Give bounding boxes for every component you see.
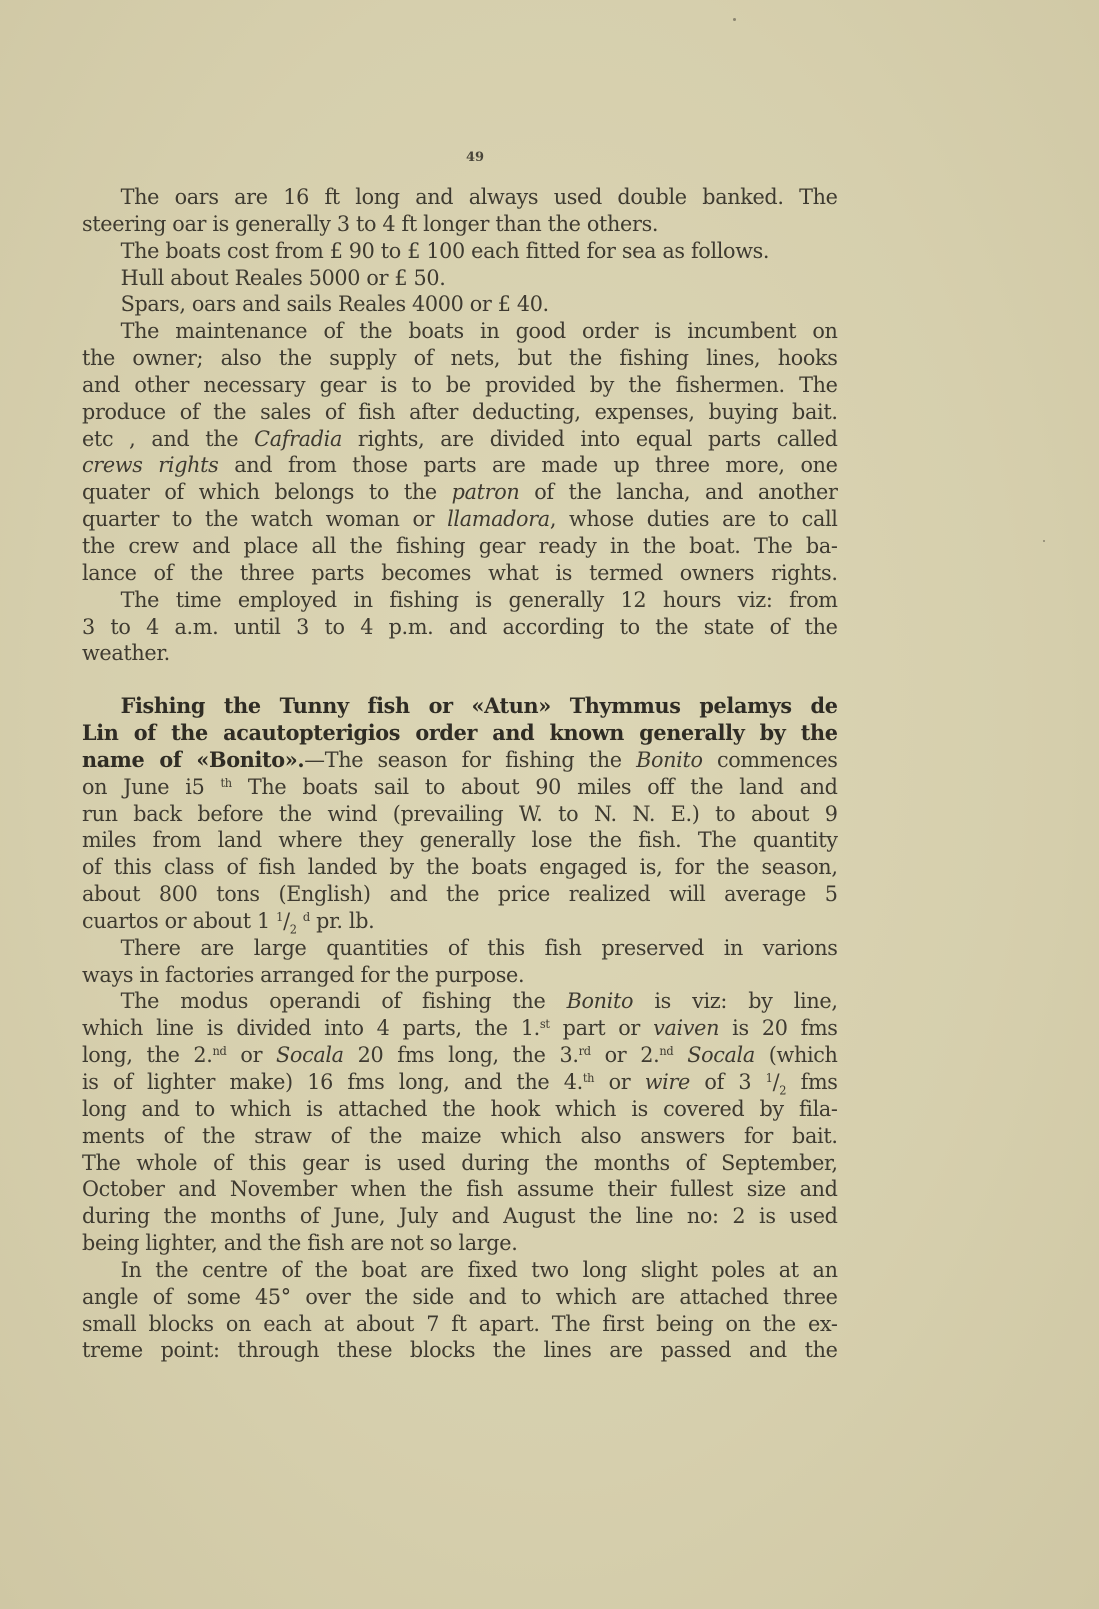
text-run: on June i5	[82, 775, 204, 800]
section-gap	[82, 668, 838, 694]
text-line: The maintenance of the boats in good ord…	[82, 319, 838, 346]
text-run: part or	[550, 1016, 653, 1041]
italic-term: crews rights	[82, 453, 218, 478]
text-line: of this class of fish landed by the boat…	[82, 855, 838, 882]
section-bonito: Fishing the Tunny fish or «Atun» Thymmus…	[82, 694, 838, 936]
text-run: is viz: by line,	[633, 989, 837, 1014]
text-line: weather.	[82, 641, 838, 668]
section-heading: name of «Bonito».	[82, 748, 304, 773]
fraction-denominator: 2	[779, 1083, 786, 1097]
text-run: or 2.	[591, 1043, 660, 1068]
paragraph-maintenance: The maintenance of the boats in good ord…	[82, 319, 838, 587]
text-run: is 20 fms	[719, 1016, 837, 1041]
text-line: run back before the wind (prevailing W. …	[82, 802, 838, 829]
text-line: being lighter, and the fish are not so l…	[82, 1231, 838, 1258]
paragraph-oars: The oars are 16 ft long and always used …	[82, 185, 838, 239]
text-line: The oars are 16 ft long and always used …	[82, 185, 838, 212]
italic-term: wire	[645, 1070, 690, 1095]
text-line: small blocks on each at about 7 ft apart…	[82, 1312, 838, 1339]
text-line: which line is divided into 4 parts, the …	[82, 1016, 838, 1043]
text-line: and other necessary gear is to be provid…	[82, 373, 838, 400]
text-line: is of lighter make) 16 fms long, and the…	[82, 1070, 838, 1097]
text-line: the owner; also the supply of nets, but …	[82, 346, 838, 373]
text-run: etc , and the	[82, 427, 254, 452]
section-heading-line: Fishing the Tunny fish or «Atun» Thymmus…	[82, 694, 838, 721]
text-run: , whose duties are to call	[550, 507, 838, 532]
text-run: of the lancha, and another	[519, 480, 837, 505]
text-line: quater of which belongs to the patron of…	[82, 480, 838, 507]
text-line: The boats cost from £ 90 to £ 100 each f…	[82, 239, 838, 266]
text-line: The whole of this gear is used during th…	[82, 1151, 838, 1178]
text-run: cuartos or about 1	[82, 909, 270, 934]
text-line: name of «Bonito».—The season for fishing…	[82, 748, 838, 775]
ordinal-suffix: rd	[579, 1044, 591, 1058]
text-line: treme point: through these blocks the li…	[82, 1338, 838, 1365]
text-line: long and to which is attached the hook w…	[82, 1097, 838, 1124]
text-run: (which	[755, 1043, 838, 1068]
fraction-numerator: 1	[276, 910, 283, 924]
text-run: quarter to the watch woman or	[82, 507, 447, 532]
italic-term: llamadora	[447, 507, 550, 532]
text-run: —The season for fishing the	[304, 748, 636, 773]
text-run: The modus operandi of fishing the	[121, 989, 567, 1014]
italic-term: Bonito	[567, 989, 634, 1014]
text-run: The boats sail to about 90 miles off the…	[232, 775, 838, 800]
text-line: 3 to 4 a.m. until 3 to 4 p.m. and accord…	[82, 615, 838, 642]
text-line: on June i5 th The boats sail to about 90…	[82, 775, 838, 802]
text-run: quater of which belongs to the	[82, 480, 452, 505]
text-line: about 800 tons (English) and the price r…	[82, 882, 838, 909]
paragraph-preserved: There are large quantities of this fish …	[82, 936, 838, 990]
text-run: fms	[786, 1070, 837, 1095]
text-line: ments of the straw of the maize which al…	[82, 1124, 838, 1151]
ordinal-suffix: st	[540, 1017, 550, 1031]
text-line: long, the 2.nd or Socala 20 fms long, th…	[82, 1043, 838, 1070]
text-run	[673, 1043, 687, 1068]
document-body: The oars are 16 ft long and always used …	[82, 185, 838, 1365]
text-line: The time employed in fishing is generall…	[82, 588, 838, 615]
section-heading: Fishing the Tunny fish or «Atun» Thymmus…	[121, 694, 838, 719]
text-run: which line is divided into 4 parts, the …	[82, 1016, 540, 1041]
text-line: Spars, oars and sails Reales 4000 or £ 4…	[82, 292, 838, 319]
text-line: etc , and the Cafradia rights, are divid…	[82, 427, 838, 454]
text-run: 20 fms long, the 3.	[344, 1043, 579, 1068]
ordinal-suffix: th	[221, 776, 232, 790]
section-heading-line: Lin of the acautopterigios order and kno…	[82, 721, 838, 748]
text-line: produce of the sales of fish after deduc…	[82, 400, 838, 427]
text-run: rights, are divided into equal parts cal…	[342, 427, 838, 452]
section-heading: Lin of the acautopterigios order and kno…	[82, 721, 838, 746]
text-line: ways in factories arranged for the purpo…	[82, 963, 838, 990]
text-run: or	[594, 1070, 645, 1095]
page-number: 49	[0, 150, 950, 165]
text-run: or	[227, 1043, 277, 1068]
italic-term: Bonito	[636, 748, 703, 773]
paragraph-poles: In the centre of the boat are fixed two …	[82, 1258, 838, 1365]
text-run: commences	[703, 748, 838, 773]
paragraph-modus-operandi: The modus operandi of fishing the Bonito…	[82, 989, 838, 1257]
text-line: angle of some 45° over the side and to w…	[82, 1285, 838, 1312]
italic-term: Socala	[276, 1043, 344, 1068]
text-line: The modus operandi of fishing the Bonito…	[82, 989, 838, 1016]
text-line: quarter to the watch woman or llamadora,…	[82, 507, 838, 534]
text-run: of 3	[690, 1070, 766, 1095]
paper-speck	[733, 18, 736, 21]
paper-speck	[1043, 540, 1045, 542]
italic-term: vaiven	[653, 1016, 719, 1041]
text-run: pr. lb.	[310, 909, 375, 934]
text-line: crews rights and from those parts are ma…	[82, 453, 838, 480]
text-line: steering oar is generally 3 to 4 ft long…	[82, 212, 838, 239]
text-run: long, the 2.	[82, 1043, 213, 1068]
text-line: lance of the three parts becomes what is…	[82, 561, 838, 588]
italic-term: patron	[452, 480, 520, 505]
text-run: and from those parts are made up three m…	[218, 453, 837, 478]
text-line: cuartos or about 1 1/2 d pr. lb.	[82, 909, 838, 936]
text-line: In the centre of the boat are fixed two …	[82, 1258, 838, 1285]
text-run: is of lighter make) 16 fms long, and the…	[82, 1070, 583, 1095]
fraction-denominator: 2	[290, 922, 297, 936]
ordinal-suffix: th	[583, 1071, 594, 1085]
paragraph-spars: Spars, oars and sails Reales 4000 or £ 4…	[82, 292, 838, 319]
text-line: There are large quantities of this fish …	[82, 936, 838, 963]
ordinal-suffix: nd	[659, 1044, 673, 1058]
text-line: the crew and place all the fishing gear …	[82, 534, 838, 561]
italic-term: Cafradia	[254, 427, 342, 452]
fraction-numerator: 1	[766, 1071, 773, 1085]
text-line: October and November when the fish assum…	[82, 1177, 838, 1204]
italic-term: Socala	[687, 1043, 755, 1068]
ordinal-suffix: nd	[213, 1044, 227, 1058]
text-line: miles from land where they generally los…	[82, 828, 838, 855]
text-line: during the months of June, July and Augu…	[82, 1204, 838, 1231]
paragraph-hull: Hull about Reales 5000 or £ 50.	[82, 266, 838, 293]
text-line: Hull about Reales 5000 or £ 50.	[82, 266, 838, 293]
paragraph-time: The time employed in fishing is generall…	[82, 588, 838, 669]
paragraph-boat-cost: The boats cost from £ 90 to £ 100 each f…	[82, 239, 838, 266]
